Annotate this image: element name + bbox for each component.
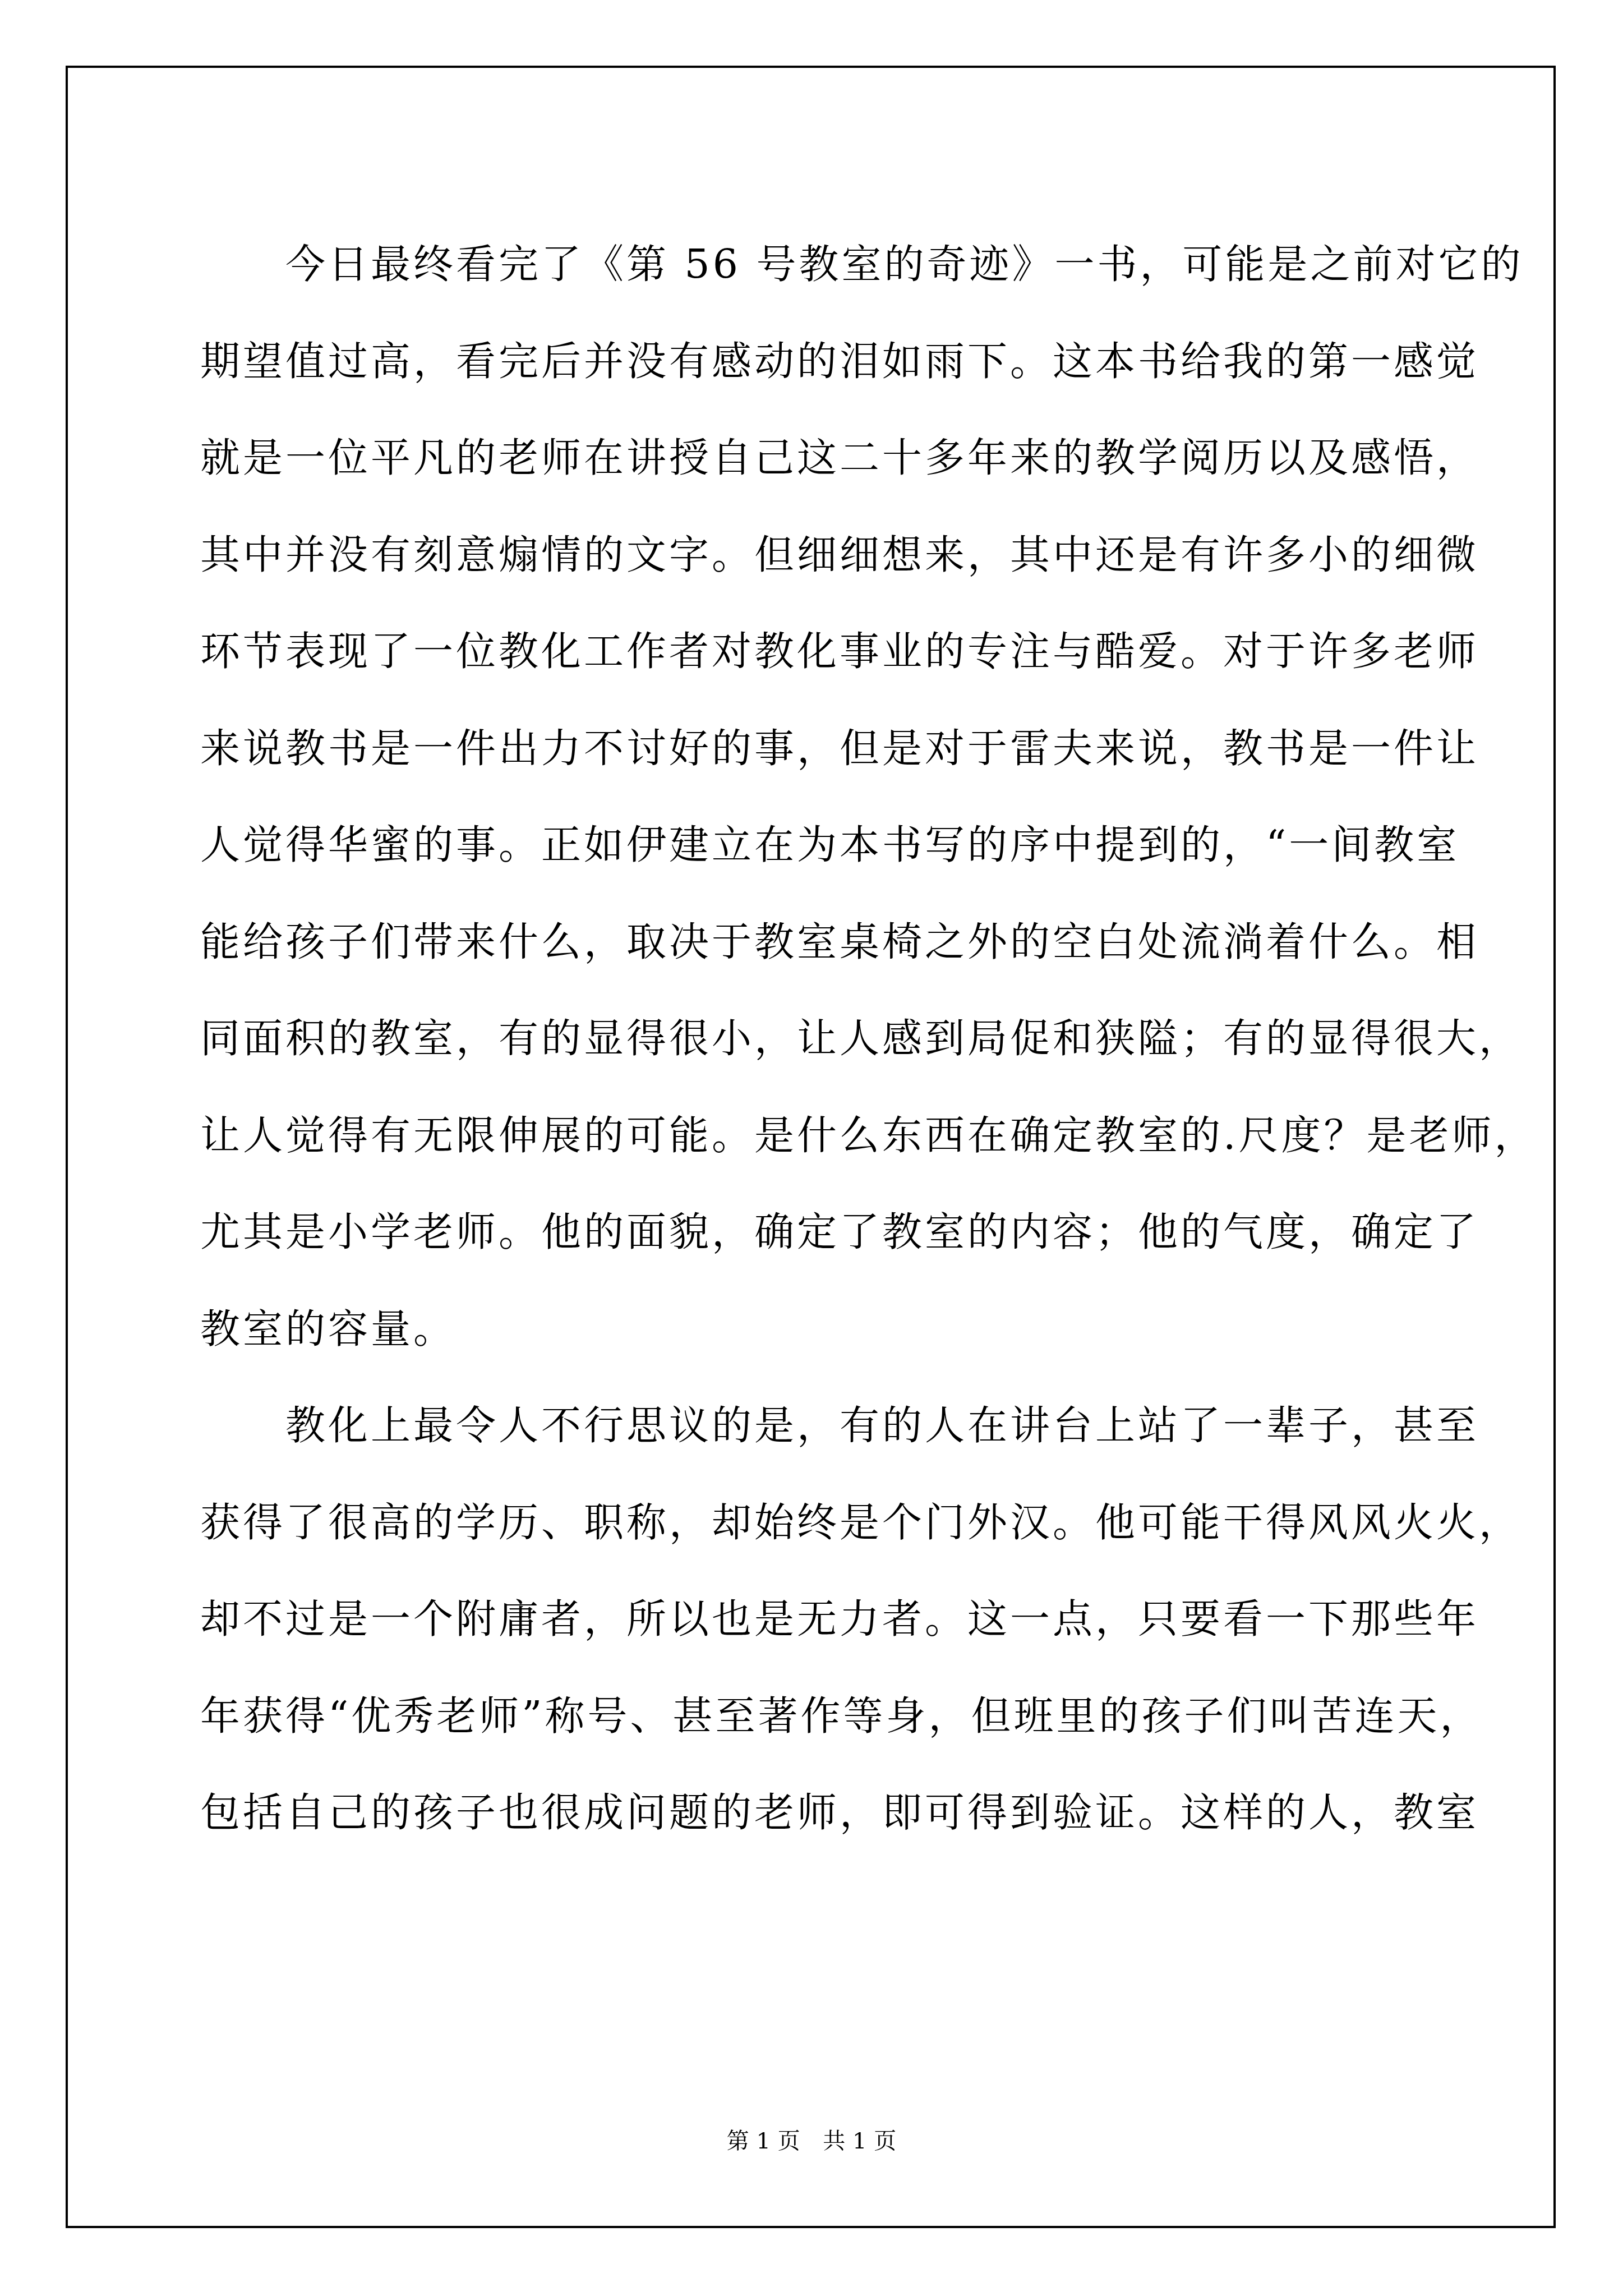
text-line: 年获得“优秀老师”称号、甚至著作等身，但班里的孩子们叫苦连天， (200, 1668, 1434, 1765)
text-line: 期望值过高，看完后并没有感动的泪如雨下。这本书给我的第一感觉 (200, 313, 1434, 410)
text-line: 能给孩子们带来什么，取决于教室桌椅之外的空白处流淌着什么。相 (200, 894, 1434, 991)
text-line: 今日最终看完了《第 56 号教室的奇迹》一书，可能是之前对它的 (200, 216, 1434, 313)
text-line: 教室的容量。 (200, 1281, 1434, 1378)
paragraph-1: 今日最终看完了《第 56 号教室的奇迹》一书，可能是之前对它的 期望值过高，看完… (200, 216, 1434, 1377)
text-line: 其中并没有刻意煽情的文字。但细细想来，其中还是有许多小的细微 (200, 507, 1434, 604)
page-footer: 第 1 页 共 1 页 (0, 2123, 1623, 2155)
text-line: 环节表现了一位教化工作者对教化事业的专注与酷爱。对于许多老师 (200, 603, 1434, 700)
text-line: 教化上最令人不行思议的是，有的人在讲台上站了一辈子，甚至 (200, 1377, 1434, 1474)
text-line: 却不过是一个附庸者，所以也是无力者。这一点，只要看一下那些年 (200, 1571, 1434, 1668)
text-line: 包括自己的孩子也很成问题的老师，即可得到验证。这样的人，教室 (200, 1764, 1434, 1861)
current-page-label: 第 1 页 (727, 2128, 800, 2154)
text-line: 获得了很高的学历、职称，却始终是个门外汉。他可能干得风风火火， (200, 1474, 1434, 1571)
text-line: 同面积的教室，有的显得很小，让人感到局促和狭隘；有的显得很大， (200, 990, 1434, 1087)
paragraph-2: 教化上最令人不行思议的是，有的人在讲台上站了一辈子，甚至 获得了很高的学历、职称… (200, 1377, 1434, 1861)
text-line: 来说教书是一件出力不讨好的事，但是对于雷夫来说，教书是一件让 (200, 700, 1434, 797)
total-pages-label: 共 1 页 (823, 2128, 896, 2154)
text-line: 人觉得华蜜的事。正如伊建立在为本书写的序中提到的，“一间教室 (200, 797, 1434, 894)
text-line: 就是一位平凡的老师在讲授自己这二十多年来的教学阅历以及感悟， (200, 409, 1434, 507)
document-body: 今日最终看完了《第 56 号教室的奇迹》一书，可能是之前对它的 期望值过高，看完… (200, 216, 1434, 1861)
text-line: 让人觉得有无限伸展的可能。是什么东西在确定教室的.尺度？是老师， (200, 1087, 1434, 1184)
text-line: 尤其是小学老师。他的面貌，确定了教室的内容；他的气度，确定了 (200, 1184, 1434, 1281)
